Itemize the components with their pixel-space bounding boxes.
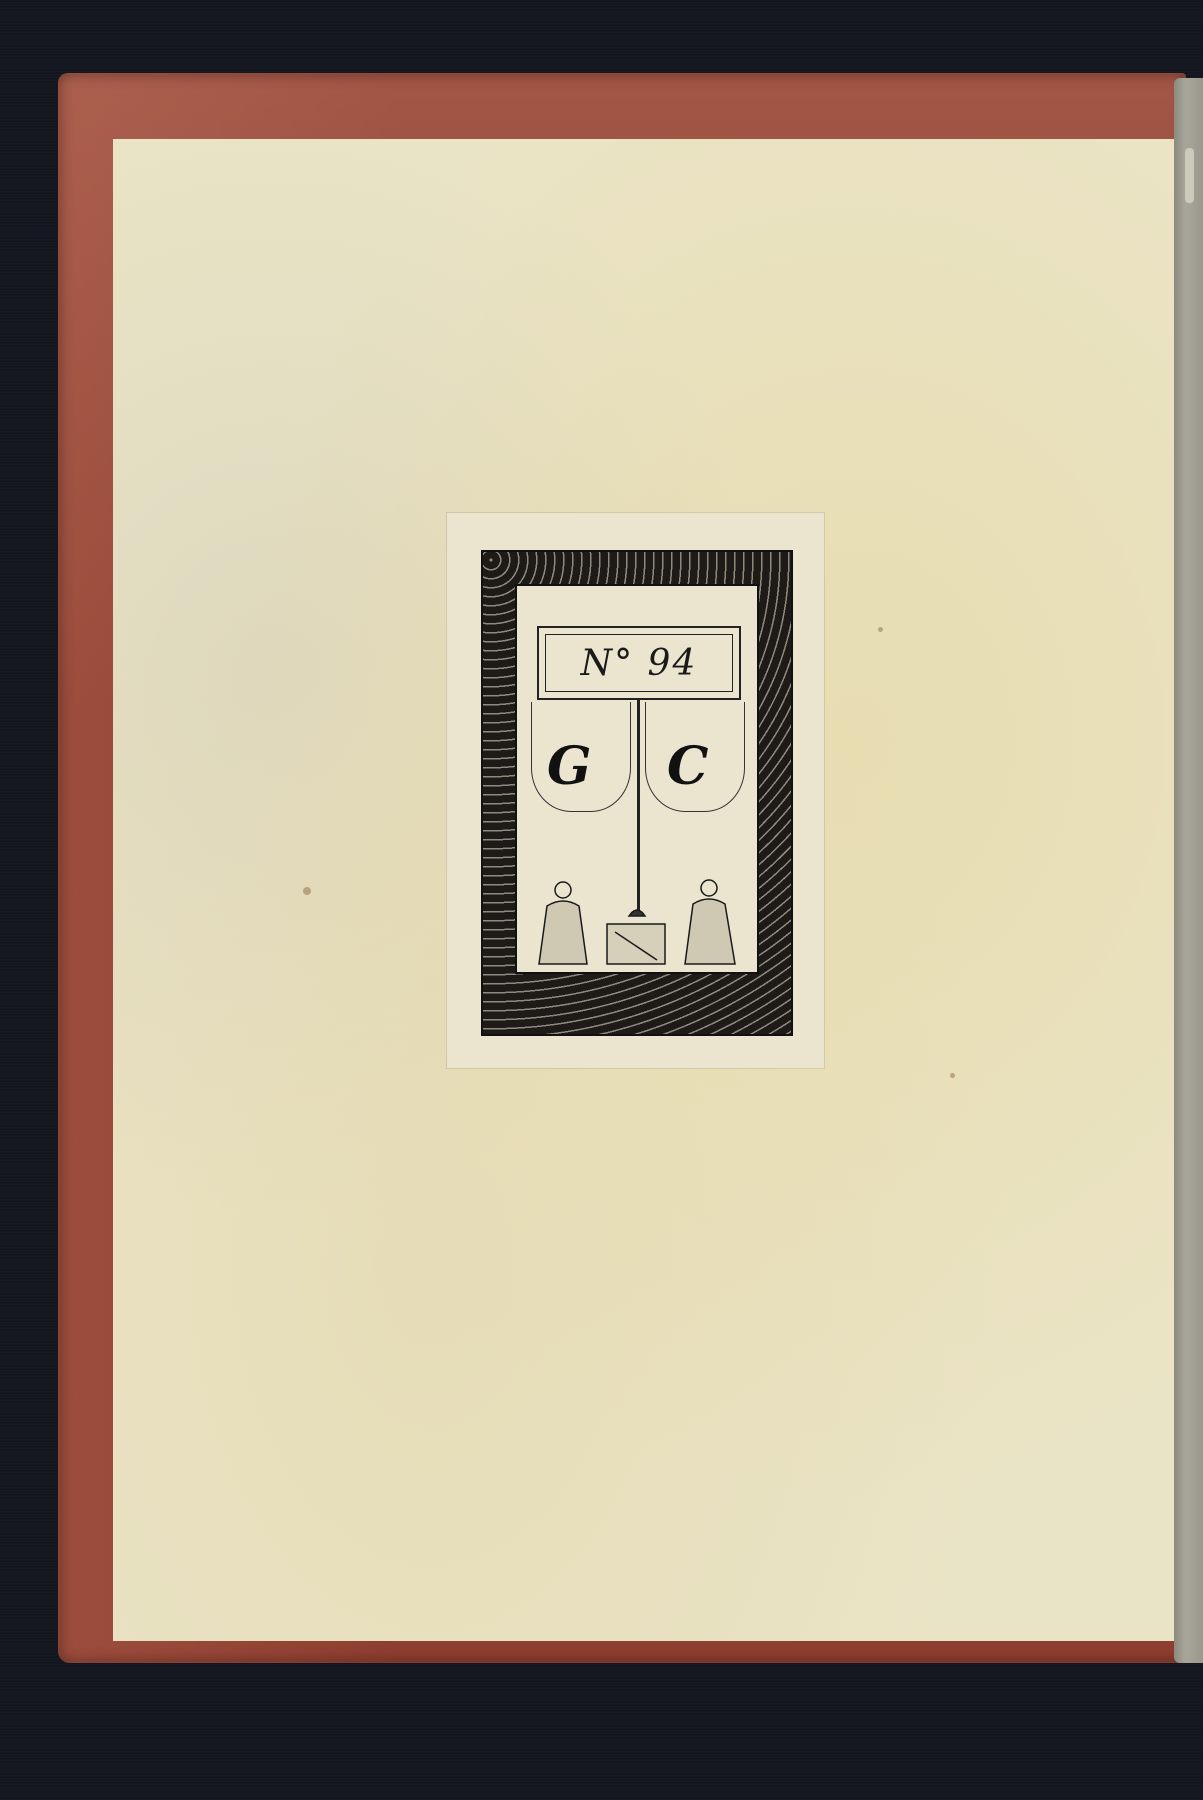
scholars-scene [525, 876, 749, 968]
bookplate-field: N° 94 G C [515, 584, 759, 974]
foxing-spot [303, 887, 311, 895]
monogram-right: C [667, 736, 708, 797]
scholars-illustration [525, 876, 749, 968]
foxing-spot [878, 627, 883, 632]
bookplate-number: N° 94 [581, 643, 698, 684]
monogram-left: G [547, 736, 591, 797]
page-block-edge [1174, 78, 1203, 1663]
bookplate-ornamental-border: N° 94 G C [481, 550, 793, 1036]
foxing-spot [950, 1073, 955, 1078]
page-tab [1185, 148, 1194, 203]
bookplate: N° 94 G C [447, 513, 824, 1068]
number-cartouche: N° 94 [537, 626, 741, 700]
